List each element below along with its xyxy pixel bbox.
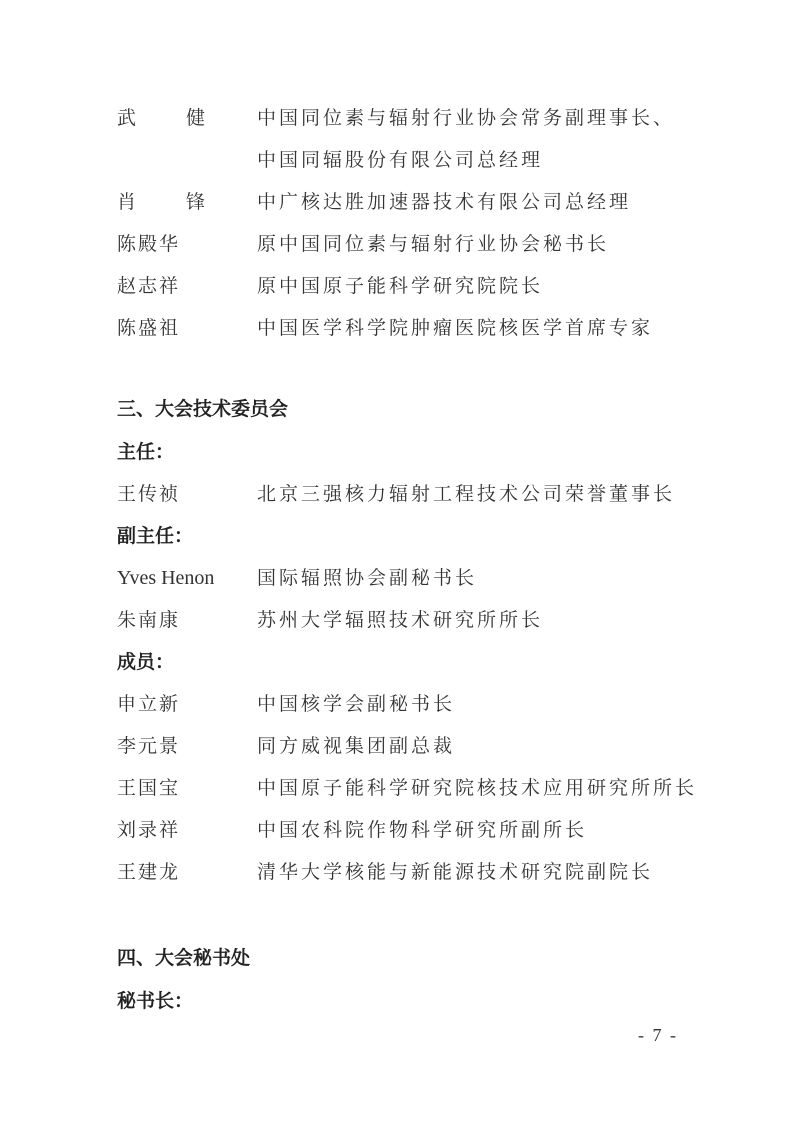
section-heading: 四、大会秘书处 bbox=[117, 943, 250, 973]
document-page: 武 健 中国同位素与辐射行业协会常务副理事长、 中国同辐股份有限公司总经理 肖 … bbox=[0, 0, 800, 1130]
person-name: 李元景 bbox=[117, 731, 180, 761]
section-heading: 三、大会技术委员会 bbox=[117, 394, 288, 424]
person-title: 苏州大学辐照技术研究所所长 bbox=[257, 605, 543, 635]
person-title: 北京三强核力辐射工程技术公司荣誉董事长 bbox=[257, 479, 675, 509]
person-name: 王传祯 bbox=[117, 479, 180, 509]
person-name: 刘录祥 bbox=[117, 815, 180, 845]
person-title: 原中国同位素与辐射行业协会秘书长 bbox=[257, 229, 609, 259]
members-label: 成员： bbox=[117, 647, 174, 677]
person-title: 中国原子能科学研究院核技术应用研究所所长 bbox=[257, 773, 697, 803]
page-number: - 7 - bbox=[638, 1025, 678, 1046]
person-title-continuation: 中国同辐股份有限公司总经理 bbox=[257, 145, 543, 175]
person-title: 国际辐照协会副秘书长 bbox=[257, 563, 477, 593]
person-name: Yves Henon bbox=[117, 563, 214, 593]
person-name: 朱南康 bbox=[117, 605, 180, 635]
secretary-general-label: 秘书长： bbox=[117, 986, 193, 1016]
person-name: 王国宝 bbox=[117, 773, 180, 803]
person-name: 陈殿华 bbox=[117, 229, 180, 259]
person-title: 中广核达胜加速器技术有限公司总经理 bbox=[257, 187, 631, 217]
person-name: 赵志祥 bbox=[117, 271, 180, 301]
person-name: 申立新 bbox=[117, 689, 180, 719]
person-name: 肖 锋 bbox=[117, 187, 227, 217]
person-title: 清华大学核能与新能源技术研究院副院长 bbox=[257, 857, 653, 887]
person-title: 中国核学会副秘书长 bbox=[257, 689, 455, 719]
person-title: 原中国原子能科学研究院院长 bbox=[257, 271, 543, 301]
person-name: 王建龙 bbox=[117, 857, 180, 887]
person-name: 陈盛祖 bbox=[117, 313, 180, 343]
person-title: 中国医学科学院肿瘤医院核医学首席专家 bbox=[257, 313, 653, 343]
person-title: 同方威视集团副总裁 bbox=[257, 731, 455, 761]
person-title: 中国同位素与辐射行业协会常务副理事长、 bbox=[257, 103, 675, 133]
person-title: 中国农科院作物科学研究所副所长 bbox=[257, 815, 587, 845]
director-label: 主任： bbox=[117, 437, 174, 467]
person-name: 武 健 bbox=[117, 103, 227, 133]
deputy-director-label: 副主任： bbox=[117, 521, 193, 551]
